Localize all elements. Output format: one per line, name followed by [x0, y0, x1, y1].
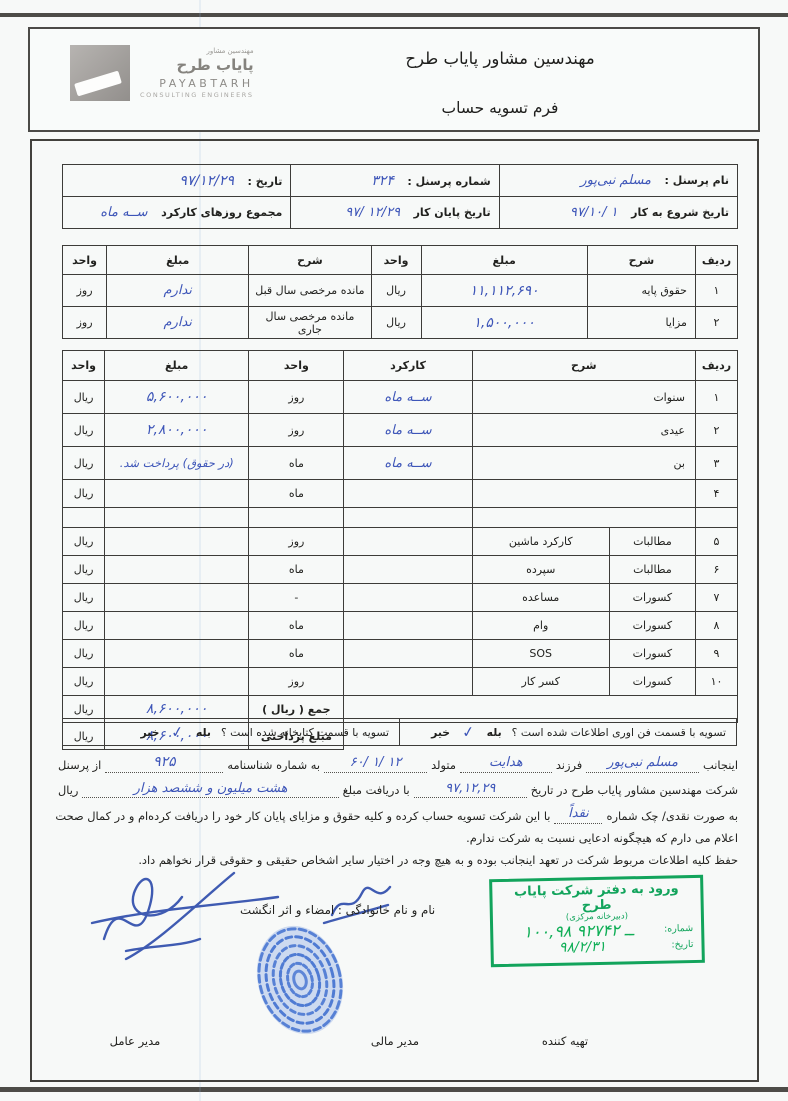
- row-category: کسورات: [609, 612, 695, 640]
- table-row: ۵ مطالبات کارکرد ماشین روز ریال: [63, 528, 738, 556]
- row-item: سپرده: [472, 556, 609, 584]
- row-category: کسورات: [609, 640, 695, 668]
- it-question: تسویه با قسمت فن اوری اطلاعات شده است ؟: [512, 726, 726, 739]
- row-category: کسورات: [609, 584, 695, 612]
- row-unit: ماه: [249, 447, 344, 480]
- row-item: کسر کار: [472, 668, 609, 696]
- row-work: ســه ماه: [384, 423, 431, 438]
- benefits-deductions-table: ردیف شرح کارکرد واحد مبلغ واحد ۱ سنوات س…: [62, 350, 738, 750]
- decl-text: به صورت نقدی/ چک شماره: [606, 809, 738, 824]
- row-unit2: ریال: [63, 556, 105, 584]
- row-unit2: ریال: [63, 528, 105, 556]
- row-amount: ۱۱,۱۱۲,۶۹۰: [470, 283, 539, 299]
- col-unit: واحد: [249, 351, 344, 381]
- payabtarh-logo-icon: [70, 45, 130, 101]
- row-item: بن: [472, 447, 695, 480]
- row-unit2: روز: [63, 275, 107, 307]
- fingerprint: [250, 919, 350, 1041]
- row-category: مطالبات: [609, 556, 695, 584]
- declaration-line-3: به صورت نقدی/ چک شماره نقداً با این شرکت…: [58, 805, 738, 824]
- signature-ink: [82, 859, 412, 979]
- start-date-label: تاریخ شروع به کار: [631, 206, 729, 219]
- header: مهندسین مشاور پایاب طرح PAYABTARH CONSUL…: [28, 27, 760, 132]
- row-category: کسورات: [609, 668, 695, 696]
- yes-label: بله: [487, 726, 502, 739]
- table-row: ۲ مزایا ۱,۵۰۰,۰۰۰ ریال مانده مرخصی سال ج…: [63, 307, 738, 339]
- row-work: [344, 556, 472, 584]
- stamp-number-label: شماره:: [664, 924, 693, 935]
- table-row: ۶ مطالبات سپرده ماه ریال: [63, 556, 738, 584]
- personnel-name-label: نام پرسنل :: [665, 174, 729, 187]
- row-no: ۱۰: [695, 668, 737, 696]
- row-amount2: ندارم: [164, 315, 192, 330]
- table-row: ۹ کسورات SOS ماه ریال: [63, 640, 738, 668]
- row-work: ســه ماه: [384, 456, 431, 471]
- row-amount: ۱,۵۰۰,۰۰۰: [473, 315, 535, 331]
- check-mark-icon: ✓: [461, 722, 476, 742]
- col-amount: مبلغ: [421, 246, 587, 275]
- row-unit2: ریال: [63, 381, 105, 414]
- salary-leave-table: ردیف شرح مبلغ واحد شرح مبلغ واحد ۱ حقوق …: [62, 245, 738, 339]
- decl-text: متولد: [431, 758, 456, 773]
- col-unit: واحد: [371, 246, 421, 275]
- row-desc: مزایا: [587, 307, 695, 339]
- personnel-no-label: شماره پرسنل :: [407, 175, 490, 188]
- row-amount2: ندارم: [164, 283, 192, 298]
- payment-method: نقداً: [568, 806, 589, 821]
- row-amount: [105, 668, 249, 696]
- row-work: ســه ماه: [384, 390, 431, 405]
- personnel-no-value: ۳۲۴: [371, 173, 404, 189]
- col-amount2: مبلغ: [107, 246, 249, 275]
- row-no: ۳: [695, 447, 737, 480]
- stamp-date-label: تاریخ:: [671, 940, 693, 951]
- salary-table-header: ردیف شرح مبلغ واحد شرح مبلغ واحد: [63, 246, 738, 275]
- decl-text: ریال: [58, 783, 78, 798]
- table-row: ۱۰ کسورات کسر کار روز ریال: [63, 668, 738, 696]
- row-unit2: ریال: [63, 414, 105, 447]
- scanned-settlement-form: مهندسین مشاور پایاب طرح PAYABTARH CONSUL…: [0, 0, 788, 1101]
- row-no: ۴: [695, 480, 737, 508]
- clearance-row: تسویه با قسمت فن اوری اطلاعات شده است ؟ …: [62, 718, 737, 746]
- decl-text: از پرسنل: [58, 758, 101, 773]
- row-unit: ماه: [249, 640, 344, 668]
- total-days-label: مجموع روزهای کارکرد: [161, 206, 282, 219]
- col-row: ردیف: [695, 351, 737, 381]
- yes-label: بله: [196, 726, 211, 739]
- personnel-name-cell: نام پرسنل : مسلم نبی‌پور: [499, 165, 737, 197]
- row-amount: [105, 480, 249, 508]
- row-no: ۶: [695, 556, 737, 584]
- birth-date: ۶۰/ ۱/ ۱۲: [350, 755, 402, 770]
- form-title: فرم تسویه حساب: [330, 99, 670, 117]
- col-work: کارکرد: [344, 351, 472, 381]
- row-amount: [105, 556, 249, 584]
- declaration-line-2: شرکت مهندسین مشاور پایاب طرح در تاریخ ۹۷…: [58, 780, 738, 799]
- row-category: مطالبات: [609, 528, 695, 556]
- form-date-cell: تاریخ : ۹۷/۱۲/۲۹: [63, 165, 291, 197]
- declaration-line-1: اینجانب مسلم نبی‌پور فرزند هدایت متولد ۶…: [58, 753, 738, 773]
- row-unit2: ریال: [63, 447, 105, 480]
- total-days-value: ســه ماه: [100, 205, 157, 220]
- col-desc: شرح: [472, 351, 695, 381]
- table-row: ۳ بن ســه ماه ماه (در حقوق) پرداخت شد. ر…: [63, 447, 738, 480]
- row-work: [344, 584, 472, 612]
- row-no: ۲: [695, 414, 737, 447]
- row-work: [344, 612, 472, 640]
- row-desc2: مانده مرخصی سال قبل: [249, 275, 371, 307]
- library-clearance: تسویه با قسمت کتابخانه شده است ؟ بله ✓ خ…: [63, 719, 400, 745]
- id-number: ۹۲۵: [153, 754, 176, 770]
- form-date-value: ۹۷/۱۲/۲۹: [179, 173, 244, 189]
- signature-label: نام و نام خانوادگی : امضاء و اثر انگشت: [240, 903, 435, 917]
- row-item: کارکرد ماشین: [472, 528, 609, 556]
- decl-text: به شماره شناسنامه: [227, 758, 320, 773]
- row-unit: روز: [249, 414, 344, 447]
- prepared-by-label: تهیه کننده: [542, 1034, 588, 1048]
- father-name: هدایت: [489, 755, 523, 770]
- row-amount: (در حقوق) پرداخت شد.: [120, 456, 234, 470]
- table-row: ۷ کسورات مساعده - ریال: [63, 584, 738, 612]
- row-unit: ریال: [371, 275, 421, 307]
- col-amount: مبلغ: [105, 351, 249, 381]
- personnel-info-table: نام پرسنل : مسلم نبی‌پور شماره پرسنل : ۳…: [62, 164, 738, 229]
- ceo-label: مدیر عامل: [110, 1034, 161, 1048]
- library-question: تسویه با قسمت کتابخانه شده است ؟: [221, 726, 389, 739]
- it-clearance: تسویه با قسمت فن اوری اطلاعات شده است ؟ …: [400, 719, 736, 745]
- row-no: ۷: [695, 584, 737, 612]
- row-unit2: ریال: [63, 668, 105, 696]
- row-unit: روز: [249, 668, 344, 696]
- total-days-cell: مجموع روزهای کارکرد ســه ماه: [63, 197, 291, 229]
- row-no: ۱: [695, 381, 737, 414]
- row-unit: -: [249, 584, 344, 612]
- col-desc2: شرح: [249, 246, 371, 275]
- decl-text: اینجانب: [703, 758, 738, 773]
- row-unit: ماه: [249, 556, 344, 584]
- end-date-cell: تاریخ پایان کار ۹۷/ ۱۲/۲۹: [291, 197, 499, 229]
- end-date-value: ۹۷/ ۱۲/۲۹: [345, 205, 410, 220]
- decl-text: با دریافت مبلغ: [343, 783, 410, 798]
- row-no: ۹: [695, 640, 737, 668]
- logo-en-sub: CONSULTING ENGINEERS: [140, 91, 254, 99]
- row-desc2: مانده مرخصی سال جاری: [249, 307, 371, 339]
- row-item: [472, 480, 695, 508]
- row-work: [344, 640, 472, 668]
- end-date-label: تاریخ پایان کار: [414, 206, 491, 219]
- row-amount: ۵,۶۰۰,۰۰۰: [146, 389, 208, 405]
- row-no: ۵: [695, 528, 737, 556]
- start-date-value: ۹۷/۱۰/ ۱: [570, 205, 628, 220]
- row-unit2: ریال: [63, 612, 105, 640]
- benefits-table-header: ردیف شرح کارکرد واحد مبلغ واحد: [63, 351, 738, 381]
- scan-edge-bottom: [0, 1087, 788, 1092]
- check-mark-icon: ✓: [170, 722, 185, 742]
- stamp-date-row: تاریخ: ۹۸/۲/۳۱: [501, 938, 693, 957]
- decl-text: با این شرکت تسویه حساب کرده و کلیه حقوق …: [55, 809, 550, 824]
- row-amount: [105, 528, 249, 556]
- declaration-line-4: اعلام می دارم که هیچگونه ادعایی نسبت به …: [58, 831, 738, 846]
- row-amount: [105, 640, 249, 668]
- table-row: ۴ ماه ریال: [63, 480, 738, 508]
- personnel-no-cell: شماره پرسنل : ۳۲۴: [291, 165, 499, 197]
- row-no: ۸: [695, 612, 737, 640]
- row-unit: ماه: [249, 612, 344, 640]
- company-logo: مهندسین مشاور پایاب طرح PAYABTARH CONSUL…: [70, 45, 254, 101]
- row-unit: روز: [249, 381, 344, 414]
- declaration: اینجانب مسلم نبی‌پور فرزند هدایت متولد ۶…: [58, 753, 738, 876]
- registry-stamp: ورود به دفتر شرکت پایاب طرح (دبیرخانه مر…: [489, 875, 705, 967]
- logo-fa-name: پایاب طرح: [177, 56, 254, 75]
- logo-en-name: PAYABTARH: [159, 77, 253, 91]
- row-item: سنوات: [472, 381, 695, 414]
- row-amount: [105, 584, 249, 612]
- row-no: ۲: [695, 307, 737, 339]
- company-title: مهندسین مشاور پایاب طرح: [330, 49, 670, 68]
- table-row: ۱ سنوات ســه ماه روز ۵,۶۰۰,۰۰۰ ریال: [63, 381, 738, 414]
- form-date-label: تاریخ :: [247, 175, 282, 188]
- row-item: SOS: [472, 640, 609, 668]
- row-unit2: ریال: [63, 480, 105, 508]
- row-item: عیدی: [472, 414, 695, 447]
- stamp-date-value: ۹۸/۲/۳۱: [501, 938, 663, 957]
- col-row: ردیف: [695, 246, 737, 275]
- total-amount: ۸,۶۰۰,۰۰۰: [146, 701, 208, 717]
- col-unit2: واحد: [63, 246, 107, 275]
- scan-edge-top: [0, 13, 788, 17]
- logo-text: مهندسین مشاور پایاب طرح PAYABTARH CONSUL…: [140, 47, 254, 98]
- row-unit: روز: [249, 528, 344, 556]
- row-unit: ریال: [371, 307, 421, 339]
- info-row-1: نام پرسنل : مسلم نبی‌پور شماره پرسنل : ۳…: [63, 165, 738, 197]
- amount-in-words: هشت میلیون و ششصد هزار: [134, 781, 288, 796]
- no-label: خیر: [140, 726, 159, 739]
- personnel-name-value: مسلم نبی‌پور: [580, 173, 661, 188]
- row-unit: ماه: [249, 480, 344, 508]
- col-unit2: واحد: [63, 351, 105, 381]
- row-work: [344, 668, 472, 696]
- row-item: مساعده: [472, 584, 609, 612]
- row-unit2: ریال: [63, 640, 105, 668]
- finance-manager-label: مدیر مالی: [371, 1034, 419, 1048]
- row-amount: ۲,۸۰۰,۰۰۰: [146, 422, 208, 438]
- row-item: وام: [472, 612, 609, 640]
- row-desc: حقوق پایه: [587, 275, 695, 307]
- no-label: خیر: [431, 726, 450, 739]
- info-row-2: تاریخ شروع به کار ۹۷/۱۰/ ۱ تاریخ پایان ک…: [63, 197, 738, 229]
- decl-text: شرکت مهندسین مشاور پایاب طرح در تاریخ: [531, 783, 738, 798]
- row-amount: [105, 612, 249, 640]
- logo-fa-small: مهندسین مشاور: [206, 47, 253, 56]
- row-unit2: ریال: [63, 584, 105, 612]
- table-row: ۸ کسورات وام ماه ریال: [63, 612, 738, 640]
- start-date-cell: تاریخ شروع به کار ۹۷/۱۰/ ۱: [499, 197, 737, 229]
- table-row: ۱ حقوق پایه ۱۱,۱۱۲,۶۹۰ ریال مانده مرخصی …: [63, 275, 738, 307]
- row-work: [344, 480, 472, 508]
- form-body-frame: نام پرسنل : مسلم نبی‌پور شماره پرسنل : ۳…: [30, 139, 759, 1082]
- settlement-date: ۹۷,۱۲,۲۹: [445, 781, 495, 796]
- row-work: [344, 528, 472, 556]
- col-desc: شرح: [587, 246, 695, 275]
- decl-text: فرزند: [556, 758, 582, 773]
- row-unit2: روز: [63, 307, 107, 339]
- spacer-row: [63, 508, 738, 528]
- declarant-name: مسلم نبی‌پور: [607, 755, 678, 770]
- row-no: ۱: [695, 275, 737, 307]
- table-row: ۲ عیدی ســه ماه روز ۲,۸۰۰,۰۰۰ ریال: [63, 414, 738, 447]
